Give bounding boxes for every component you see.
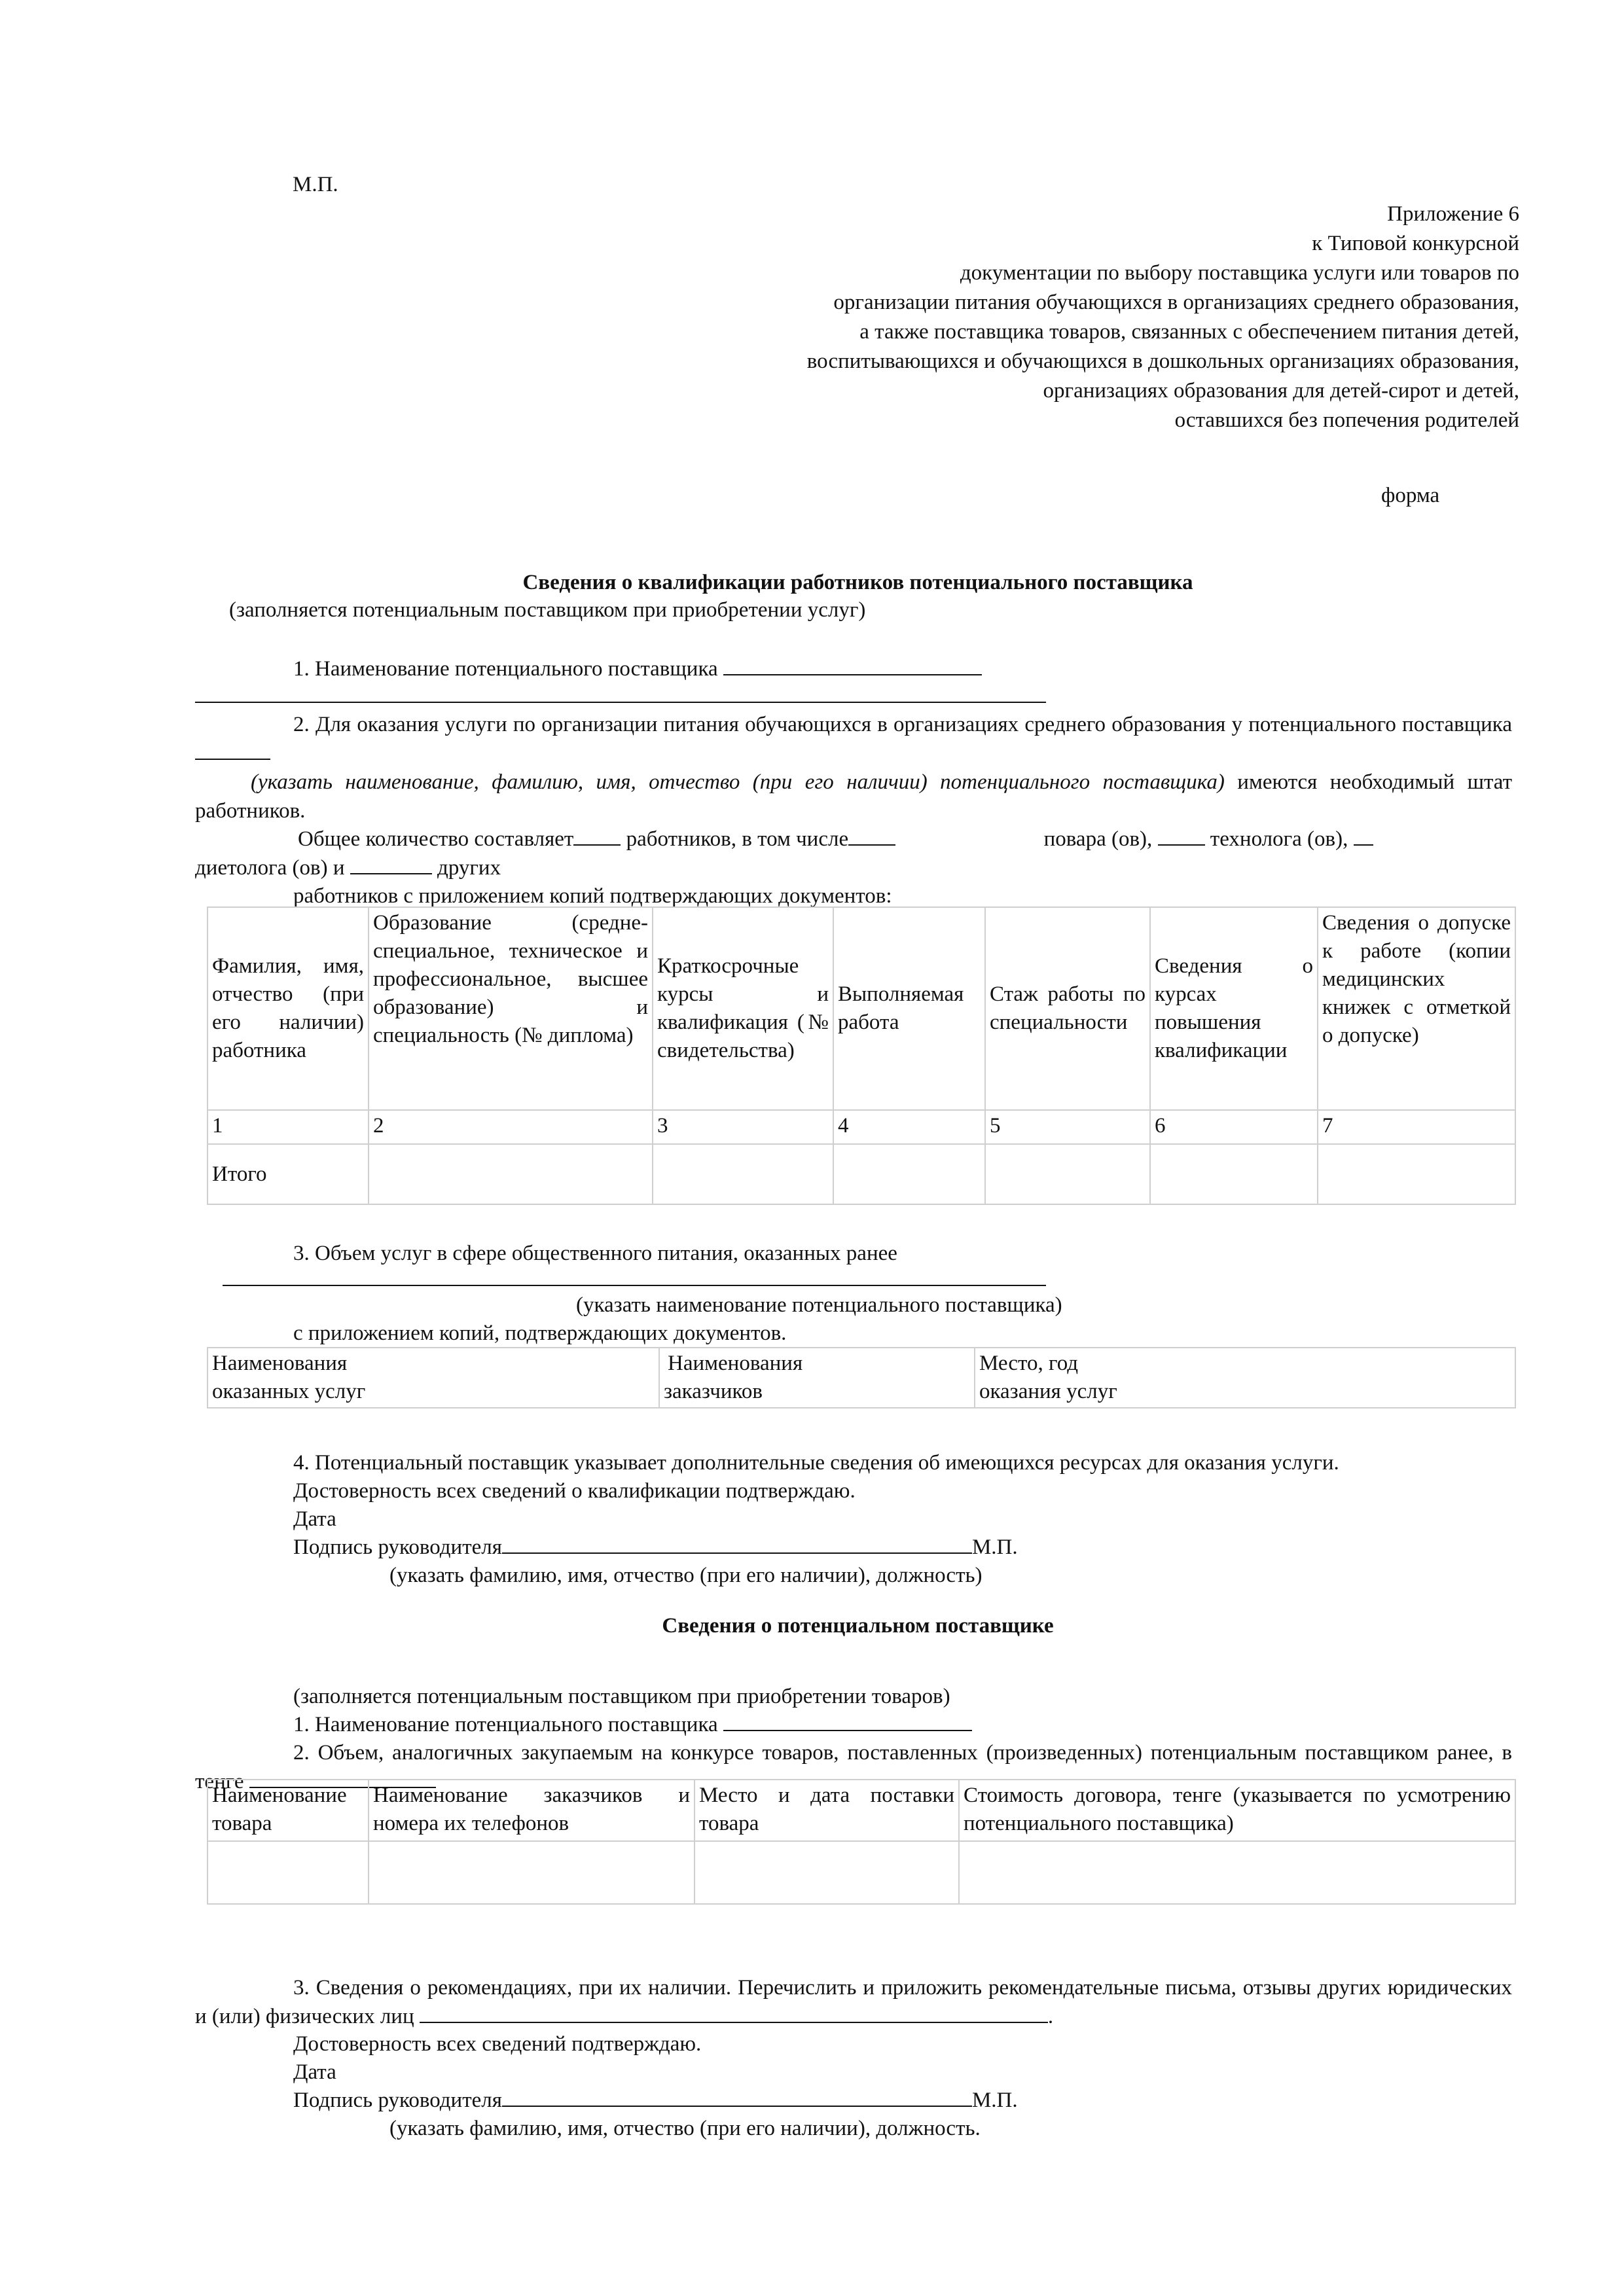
table-number-row: 1 2 3 4 5 6 7 xyxy=(208,1110,1515,1144)
section1-title: Сведения о квалификации работников потен… xyxy=(0,568,1624,597)
s1-item2-text: 2. Для оказания услуги по организации пи… xyxy=(293,713,1512,736)
s1-item3-hint: (указать наименование потенциального пос… xyxy=(576,1291,1062,1319)
table-row xyxy=(208,1841,1515,1904)
appendix-line: а также поставщика товаров, связанных с … xyxy=(537,317,1519,347)
table-cell[interactable] xyxy=(985,1144,1150,1204)
appendix-line: организациях образования для детей-сирот… xyxy=(537,376,1519,406)
appendix-line: к Типовой конкурсной xyxy=(537,229,1519,259)
s1-count-line2: диетолога (ов) и других xyxy=(195,853,501,882)
signature-field[interactable] xyxy=(502,1533,972,1554)
table-header-cell: Краткосрочные курсы и квалификация (№ св… xyxy=(653,907,833,1110)
table-header-cell: Наименование товара xyxy=(208,1780,369,1841)
table-header-cell: Наименование заказчиков и номера их теле… xyxy=(369,1780,695,1841)
column-number: 4 xyxy=(833,1110,985,1144)
s1-date-label: Дата xyxy=(293,1505,336,1534)
table-cell[interactable] xyxy=(1318,1144,1515,1204)
table-header-cell: Сведения о допуске к работе (копии медиц… xyxy=(1318,907,1515,1110)
table-cell[interactable] xyxy=(959,1841,1515,1904)
supplier-name-field[interactable] xyxy=(723,655,982,675)
table-cell[interactable] xyxy=(695,1841,959,1904)
header-line: оказания услуг xyxy=(979,1378,1511,1406)
s1-item3: 3. Объем услуг в сфере общественного пит… xyxy=(293,1239,897,1268)
staff-qualification-table: Фамилия, имя, отчество (при его наличии)… xyxy=(207,906,1516,1205)
column-number: 6 xyxy=(1150,1110,1318,1144)
table-header-cell: Наименования заказчиков xyxy=(659,1348,975,1408)
appendix-line: организации питания обучающихся в органи… xyxy=(537,288,1519,317)
cooks-count-field[interactable] xyxy=(848,825,895,846)
others-count-field[interactable] xyxy=(350,853,432,874)
s1-item4: 4. Потенциальный поставщик указывает доп… xyxy=(293,1448,1339,1477)
section2-subtitle: (заполняется потенциальным поставщиком п… xyxy=(293,1682,950,1711)
s1-count-line: Общее количество составляет работников, … xyxy=(298,825,1515,853)
technologists-count-field[interactable] xyxy=(1158,825,1205,846)
s2-signature-line: Подпись руководителяМ.П. xyxy=(293,2086,1018,2115)
appendix-line: воспитывающихся и обучающихся в дошкольн… xyxy=(537,347,1519,376)
s2-date-label: Дата xyxy=(293,2058,336,2087)
column-number: 5 xyxy=(985,1110,1150,1144)
header-line: оказанных услуг xyxy=(212,1378,655,1406)
s2-item1: 1. Наименование потенциального поставщик… xyxy=(293,1710,972,1739)
table-header-row: Наименование товара Наименование заказчи… xyxy=(208,1780,1515,1841)
count-text: технолога (ов), xyxy=(1210,827,1348,851)
total-count-field[interactable] xyxy=(573,825,621,846)
table-cell[interactable] xyxy=(369,1144,653,1204)
s1-item2-hint: (указать наименование, фамилию, имя, отч… xyxy=(195,768,1512,825)
header-line: заказчиков xyxy=(664,1378,970,1406)
table-total-row: Итого xyxy=(208,1144,1515,1204)
appendix-line: Приложение 6 xyxy=(537,200,1519,229)
appendix-header: Приложение 6 к Типовой конкурсной докуме… xyxy=(537,200,1519,435)
recommendations-field[interactable] xyxy=(420,2002,1048,2023)
total-label: Итого xyxy=(208,1144,369,1204)
column-number: 7 xyxy=(1318,1110,1515,1144)
s2-signature-hint: (указать фамилию, имя, отчество (при его… xyxy=(389,2114,981,2143)
s1-item2-italic: (указать наименование, фамилию, имя, отч… xyxy=(251,770,1225,794)
table-header-row: Наименования оказанных услуг Наименовани… xyxy=(208,1348,1515,1408)
table-cell[interactable] xyxy=(1150,1144,1318,1204)
count-text: других xyxy=(437,856,501,880)
s2-confirm: Достоверность всех сведений подтверждаю. xyxy=(293,2030,701,2058)
column-number: 3 xyxy=(653,1110,833,1144)
form-label: форма xyxy=(1381,481,1439,510)
goods-table: Наименование товара Наименование заказчи… xyxy=(207,1779,1516,1905)
table-header-cell: Место, год оказания услуг xyxy=(975,1348,1515,1408)
services-table: Наименования оказанных услуг Наименовани… xyxy=(207,1347,1516,1408)
s1-item2-field[interactable] xyxy=(195,739,270,760)
table-cell[interactable] xyxy=(208,1841,369,1904)
count-text: Общее количество составляет xyxy=(298,827,573,851)
s2-supplier-name-field[interactable] xyxy=(723,1710,972,1731)
table-header-cell: Стаж работы по специальности xyxy=(985,907,1150,1110)
table-header-cell: Стоимость договора, тенге (указывается п… xyxy=(959,1780,1515,1841)
s1-signature-line: Подпись руководителяМ.П. xyxy=(293,1533,1018,1562)
signature-label: Подпись руководителя xyxy=(293,1535,502,1559)
s1-signature-hint: (указать фамилию, имя, отчество (при его… xyxy=(389,1561,983,1590)
section2-title: Сведения о потенциальном поставщике xyxy=(0,1611,1624,1640)
appendix-line: документации по выбору поставщика услуги… xyxy=(537,259,1519,288)
table-header-cell: Место и дата поставки товара xyxy=(695,1780,959,1841)
s1-item3-attach: с приложением копий, подтверждающих доку… xyxy=(293,1319,786,1348)
header-line: Наименования xyxy=(664,1350,970,1378)
table-header-cell: Наименования оказанных услуг xyxy=(208,1348,659,1408)
table-cell[interactable] xyxy=(369,1841,695,1904)
dietitians-count-field[interactable] xyxy=(1354,825,1373,846)
s1-item1-label: 1. Наименование потенциального поставщик… xyxy=(293,657,718,681)
services-supplier-field[interactable] xyxy=(223,1274,1046,1286)
signature-label: Подпись руководителя xyxy=(293,2089,502,2112)
table-header-cell: Фамилия, имя, отчество (при его наличии)… xyxy=(208,907,369,1110)
count-text: повара (ов), xyxy=(1044,827,1153,851)
table-header-row: Фамилия, имя, отчество (при его наличии)… xyxy=(208,907,1515,1110)
column-number: 1 xyxy=(208,1110,369,1144)
supplier-name-field-cont[interactable] xyxy=(195,687,1046,703)
count-text: работников, в том числе xyxy=(626,827,849,851)
header-line: Наименования xyxy=(212,1350,655,1378)
s1-item1: 1. Наименование потенциального поставщик… xyxy=(293,655,1610,683)
signature-stamp: М.П. xyxy=(972,1535,1018,1559)
table-cell[interactable] xyxy=(653,1144,833,1204)
signature-field[interactable] xyxy=(502,2086,972,2107)
table-cell[interactable] xyxy=(833,1144,985,1204)
s2-item1-label: 1. Наименование потенциального поставщик… xyxy=(293,1713,718,1736)
column-number: 2 xyxy=(369,1110,653,1144)
s1-confirm: Достоверность всех сведений о квалификац… xyxy=(293,1477,856,1505)
appendix-line: оставшихся без попечения родителей xyxy=(537,406,1519,435)
s1-item2: 2. Для оказания услуги по организации пи… xyxy=(195,710,1512,768)
stamp-label-top: М.П. xyxy=(293,170,338,199)
signature-stamp: М.П. xyxy=(972,2089,1018,2112)
count-text: диетолога (ов) и xyxy=(195,856,345,880)
s2-item3: 3. Сведения о рекомендациях, при их нали… xyxy=(195,1973,1512,2031)
header-line: Место, год xyxy=(979,1350,1511,1378)
table-header-cell: Выполняемая работа xyxy=(833,907,985,1110)
section1-subtitle: (заполняется потенциальным поставщиком п… xyxy=(229,596,865,624)
table-header-cell: Сведения о курсах повышения квалификации xyxy=(1150,907,1318,1110)
table-header-cell: Образование (средне-специальное, техниче… xyxy=(369,907,653,1110)
